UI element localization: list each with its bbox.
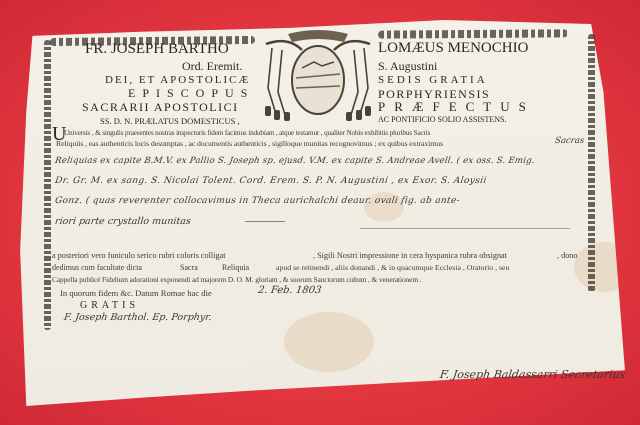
header-right-line6: AC PONTIFICIO SOLIO ASSISTENS. (378, 116, 506, 124)
printed-body2-line2-sacra: Sacra (180, 263, 198, 272)
printed-body2-line1-mid: , Sigili Nostri impressione in cera hysp… (313, 251, 507, 260)
header-left-line6: SS. D. N. PRÆLATUS DOMESTICUS , (100, 117, 240, 126)
ornamental-border-top-right (378, 29, 568, 38)
printed-body-line2: Reliquiis , eas authenticis locis desump… (56, 139, 443, 148)
printed-body2-line1-end: , dono (557, 251, 577, 260)
handwritten-line3: Gonz. ( quas reverenter collocavimus in … (54, 197, 460, 206)
signature-bishop: F. Joseph Barthol. Ep. Porphyr. (63, 313, 212, 323)
handwritten-line1: Reliquias ex capite B.M.V. ex Pallio S. … (54, 157, 535, 166)
printed-body2-line4: In quorum fidem &c. Datum Romae hac die (60, 288, 212, 298)
handwritten-date: 2. Feb. 1803 (257, 286, 322, 296)
header-left-line3: DEI, ET APOSTOLICÆ (105, 75, 250, 86)
printed-body2-line2: dedimus cum facultate dicta (52, 263, 142, 272)
header-right-line2: S. Augustini (378, 60, 437, 72)
signature-secretary: F. Joseph Baldassarri Secretarius (439, 369, 626, 380)
episcopal-crest-icon (258, 28, 378, 122)
printed-body-line1: Universis , & singulis praesentes nostra… (64, 129, 430, 137)
header-left-line2: Ord. Eremit. (182, 60, 242, 72)
blank-line-stroke (245, 221, 285, 222)
header-right-line5: PRÆFECTUS (378, 100, 535, 113)
printed-body2-line2-end: apud se retinendi , aliis donandi , & in… (276, 263, 509, 272)
blank-line-stroke-2 (360, 228, 570, 229)
header-left-line5: SACRARII APOSTOLICI (82, 101, 239, 113)
printed-body2-line2-reliquia: Reliquia (222, 263, 249, 272)
header-right-line3: SEDIS GRATIA (378, 75, 488, 86)
gratis-label: GRATIS (80, 301, 139, 311)
handwritten-line2: Dr. Gr. M. ex sang. S. Nicolai Tolent. C… (54, 177, 487, 186)
header-left-line4: EPISCOPUS (128, 87, 254, 99)
header-left-line1: FR. JOSEPH BARTHO (85, 42, 229, 57)
handwritten-line4: riori parte crystallo munitas (54, 217, 191, 227)
handwritten-sacras: Sacras (554, 137, 584, 146)
ornamental-border-left (44, 40, 51, 330)
printed-body2-line3: Cappella publicé Fidelium adorationi exp… (52, 275, 421, 284)
ornamental-border-right (588, 34, 595, 292)
header-right-line1: LOMÆUS MENOCHIO (378, 41, 528, 56)
printed-body2-line1: a posteriori vero funiculo serico rubri … (52, 251, 225, 260)
